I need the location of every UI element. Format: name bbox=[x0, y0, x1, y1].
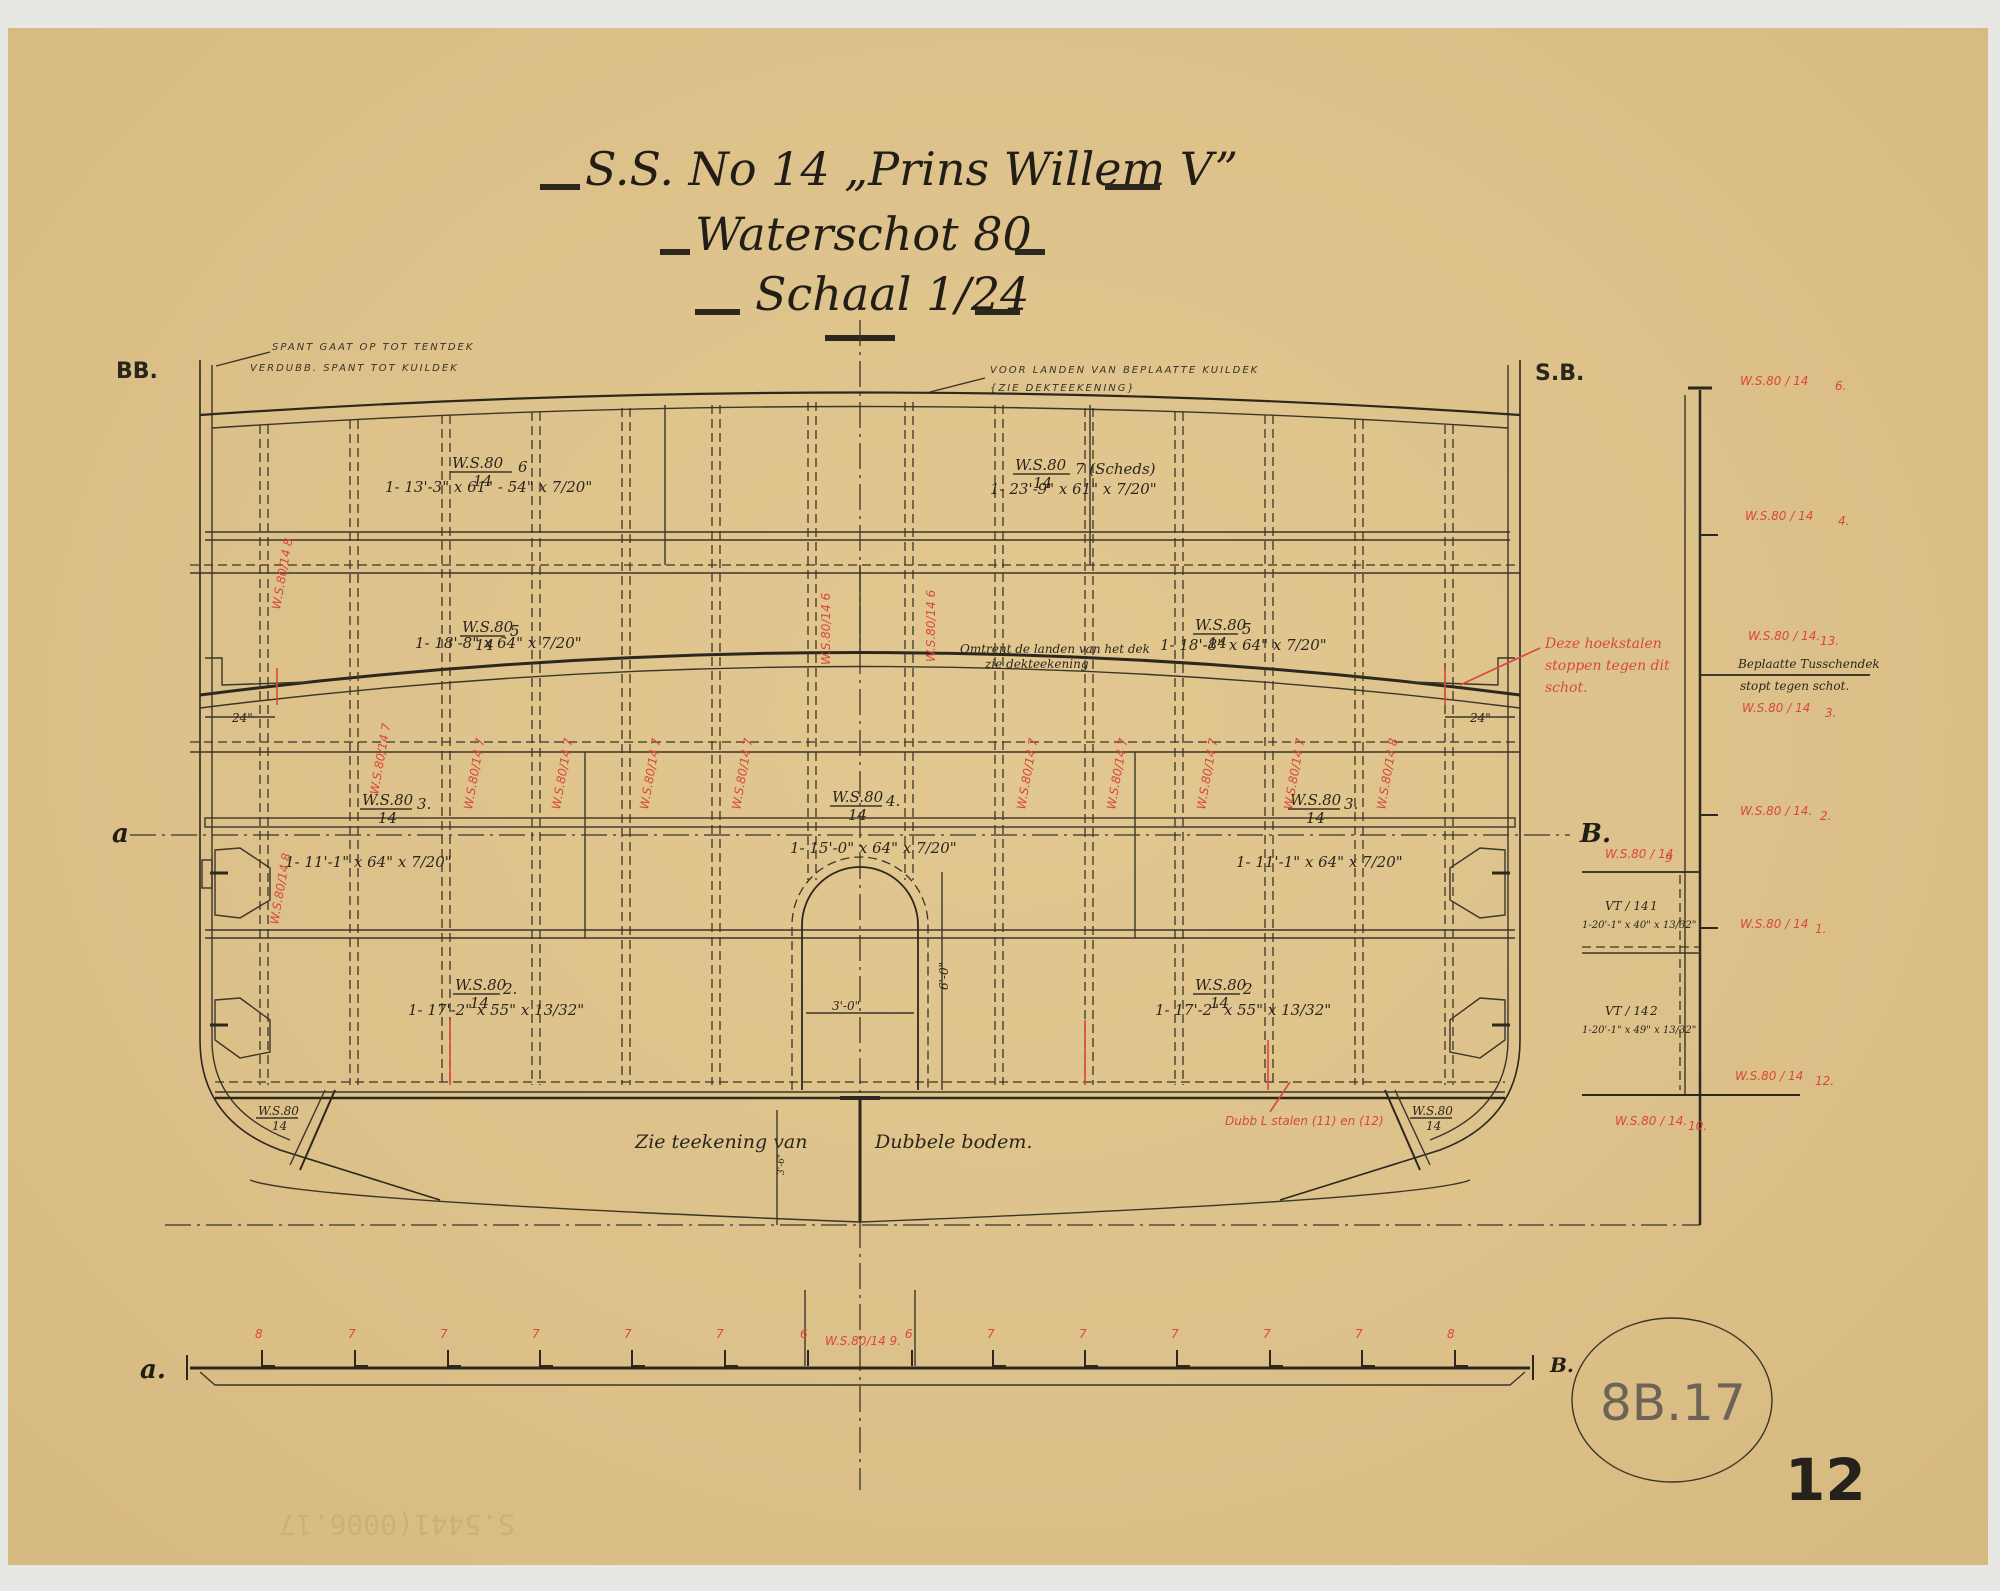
bracket-right-dim: 24" bbox=[1469, 711, 1491, 725]
svg-text:7: 7 bbox=[348, 1327, 356, 1341]
double-angle-note: Dubb L stalen (11) en (12) bbox=[1225, 1114, 1384, 1128]
svg-text:W.S.80/14 8: W.S.80/14 8 bbox=[267, 852, 293, 926]
svg-text:W.S.80/14 7: W.S.80/14 7 bbox=[1194, 737, 1220, 811]
svg-text:12.: 12. bbox=[1815, 1074, 1834, 1088]
svg-text:1-20'-1" x 40" x 13/32": 1-20'-1" x 40" x 13/32" bbox=[1582, 920, 1696, 931]
svg-text:7: 7 bbox=[532, 1327, 540, 1341]
svg-text:W.S.80 / 14.: W.S.80 / 14. bbox=[1615, 1114, 1687, 1128]
svg-text:W.S.80/14 7: W.S.80/14 7 bbox=[729, 737, 755, 811]
svg-text:6: 6 bbox=[518, 458, 528, 476]
svg-text:14: 14 bbox=[272, 1119, 287, 1133]
svg-text:2: 2 bbox=[1242, 980, 1253, 998]
section-b-label: B. bbox=[1579, 819, 1611, 849]
bracket-left-dim: 24" bbox=[231, 711, 253, 725]
double-bottom-height-dim: 3'-6" bbox=[777, 1154, 787, 1175]
landing-note-1: Omtrent de landen van het dek bbox=[960, 642, 1150, 656]
frame-note-1: SPANT GAAT OP TOT TENTDEK bbox=[272, 342, 474, 353]
section-b-lower-label: B. bbox=[1549, 1353, 1574, 1377]
landing-note-2: zie dekteekening bbox=[984, 657, 1089, 671]
svg-text:7: 7 bbox=[716, 1327, 724, 1341]
svg-text:W.S.80/14 7: W.S.80/14 7 bbox=[367, 722, 393, 796]
svg-text:W.S.80: W.S.80 bbox=[1195, 976, 1247, 994]
title-bulkhead: Waterschot 80 bbox=[695, 207, 1032, 261]
svg-text:4.: 4. bbox=[1838, 514, 1849, 528]
deck-note-2: {ZIE DEKTEEKENING} bbox=[990, 383, 1136, 394]
svg-text:3.: 3. bbox=[417, 795, 431, 813]
svg-text:3.: 3. bbox=[1344, 795, 1358, 813]
title-block: S.S. No 14 „Prins Willem V” Waterschot 8… bbox=[540, 142, 1238, 338]
svg-text:W.S.80/14 7: W.S.80/14 7 bbox=[1014, 737, 1040, 811]
plate-spec: 1- 11'-1" x 64" x 7/20" bbox=[1236, 853, 1403, 871]
svg-text:W.S.80 / 14.: W.S.80 / 14. bbox=[1748, 629, 1820, 643]
svg-text:W.S.80/14 7: W.S.80/14 7 bbox=[1104, 737, 1130, 811]
svg-text:W.S.80: W.S.80 bbox=[452, 454, 504, 472]
svg-text:W.S.80: W.S.80 bbox=[1412, 1104, 1453, 1118]
starboard-side-label: S.B. bbox=[1535, 361, 1584, 386]
svg-text:VT / 14: VT / 14 bbox=[1605, 1004, 1649, 1018]
plate-spec: 1- 17'-2" x 55" x 13/32" bbox=[408, 1001, 584, 1019]
plate-spec: 1- 18'-8" x 64" x 7/20" bbox=[1160, 636, 1327, 654]
svg-text:W.S.80/14 6: W.S.80/14 6 bbox=[924, 589, 938, 662]
frame-note-2: VERDUBB. SPANT TOT KUILDEK bbox=[250, 363, 459, 374]
svg-text:W.S.80: W.S.80 bbox=[1015, 456, 1067, 474]
bleed-through-stamp: S.5441(0006.17 bbox=[279, 1508, 515, 1541]
svg-text:W.S.80/14 9.: W.S.80/14 9. bbox=[825, 1334, 901, 1348]
plate-spec: 1- 18'-8" x 64" x 7/20" bbox=[415, 634, 582, 652]
svg-text:W.S.80/14 7: W.S.80/14 7 bbox=[637, 737, 663, 811]
svg-text:7: 7 bbox=[1171, 1327, 1179, 1341]
plate-spec: 1- 23'-9" x 61" x 7/20" bbox=[990, 480, 1157, 498]
door-width-dim: 3'-0" bbox=[832, 999, 860, 1013]
side-section-view: W.S.80 / 14 6. W.S.80 / 14 4. W.S.80 / 1… bbox=[1582, 374, 1880, 1225]
bulkhead-drawing: S.S. No 14 „Prins Willem V” Waterschot 8… bbox=[8, 28, 1988, 1565]
plate-spec: 1- 15'-0" x 64" x 7/20" bbox=[790, 839, 957, 857]
svg-text:7 (Scheds): 7 (Scheds) bbox=[1075, 460, 1156, 478]
svg-text:W.S.80: W.S.80 bbox=[832, 788, 884, 806]
svg-text:14: 14 bbox=[378, 809, 397, 827]
svg-text:7: 7 bbox=[1355, 1327, 1363, 1341]
svg-text:7: 7 bbox=[1263, 1327, 1271, 1341]
svg-text:14: 14 bbox=[1306, 809, 1325, 827]
svg-text:W.S.80: W.S.80 bbox=[258, 1104, 299, 1118]
section-a-lower-label: a. bbox=[140, 1355, 166, 1385]
svg-text:W.S.80 / 14.: W.S.80 / 14. bbox=[1740, 804, 1812, 818]
svg-text:6: 6 bbox=[800, 1327, 808, 1341]
sheet-number: 12 bbox=[1785, 1446, 1866, 1514]
bottom-note-1: Zie teekening van bbox=[634, 1131, 808, 1153]
svg-text:W.S.80: W.S.80 bbox=[455, 976, 507, 994]
svg-text:3.: 3. bbox=[1825, 706, 1836, 720]
svg-text:8: 8 bbox=[1447, 1327, 1455, 1341]
svg-text:2.: 2. bbox=[1820, 809, 1831, 823]
drawing-sheet: S.S. No 14 „Prins Willem V” Waterschot 8… bbox=[8, 28, 1988, 1565]
plate-labels: W.S.80 14 6 1- 13'-3" x 61" - 54" x 7/20… bbox=[256, 454, 1453, 1133]
svg-text:13.: 13. bbox=[1820, 634, 1839, 648]
svg-text:W.S.80 / 14: W.S.80 / 14 bbox=[1740, 374, 1808, 388]
corner-bar-note: Deze hoekstalen stoppen tegen dit schot. bbox=[1460, 636, 1670, 696]
svg-text:Deze hoekstalen: Deze hoekstalen bbox=[1544, 636, 1662, 652]
svg-text:1-20'-1" x 49" x 13/32": 1-20'-1" x 49" x 13/32" bbox=[1582, 1025, 1696, 1036]
door-opening: 3'-0" 6'-0" bbox=[792, 857, 951, 1090]
svg-text:W.S.80 / 14: W.S.80 / 14 bbox=[1735, 1069, 1803, 1083]
section-a-label: a bbox=[112, 819, 129, 849]
plate-spec: 1- 17'-2" x 55" x 13/32" bbox=[1155, 1001, 1331, 1019]
svg-text:7: 7 bbox=[1079, 1327, 1087, 1341]
svg-text:W.S.80/14 8: W.S.80/14 8 bbox=[1374, 737, 1400, 811]
svg-text:W.S.80/14 6: W.S.80/14 6 bbox=[819, 592, 833, 665]
svg-text:W.S.80 / 14: W.S.80 / 14 bbox=[1740, 917, 1808, 931]
deck-note-1: VOOR LANDEN VAN BEPLAATTE KUILDEK bbox=[990, 365, 1259, 376]
svg-text:stoppen tegen dit: stoppen tegen dit bbox=[1545, 658, 1670, 674]
svg-text:14: 14 bbox=[1426, 1119, 1441, 1133]
section-a-b-plan: 8 7 7 7 7 7 6 W.S.80/14 9. 6 7 7 7 7 7 8… bbox=[140, 1290, 1574, 1385]
svg-text:10.: 10. bbox=[1688, 1119, 1707, 1133]
svg-text:9: 9 bbox=[1665, 851, 1673, 865]
svg-text:VT / 14: VT / 14 bbox=[1605, 899, 1649, 913]
svg-text:8: 8 bbox=[255, 1327, 263, 1341]
deck-stop-note-2: stopt tegen schot. bbox=[1740, 679, 1849, 693]
svg-text:6: 6 bbox=[905, 1327, 913, 1341]
plate-spec: 1- 11'-1" x 64" x 7/20" bbox=[285, 853, 452, 871]
svg-text:7: 7 bbox=[624, 1327, 632, 1341]
port-side-label: BB. bbox=[116, 359, 158, 384]
svg-text:6.: 6. bbox=[1835, 379, 1846, 393]
svg-text:W.S.80 / 14: W.S.80 / 14 bbox=[1605, 847, 1673, 861]
bottom-note-2: Dubbele bodem. bbox=[874, 1131, 1032, 1153]
svg-text:schot.: schot. bbox=[1545, 680, 1588, 696]
svg-text:2.: 2. bbox=[502, 980, 517, 998]
door-height-dim: 6'-0" bbox=[937, 962, 951, 990]
plate-spec: 1- 13'-3" x 61" - 54" x 7/20" bbox=[385, 478, 592, 496]
deck-stop-note-1: Beplaatte Tusschendek bbox=[1737, 657, 1880, 671]
svg-text:7: 7 bbox=[440, 1327, 448, 1341]
svg-text:4.: 4. bbox=[885, 792, 900, 810]
svg-text:W.S.80/14 7: W.S.80/14 7 bbox=[549, 737, 575, 811]
svg-text:W.S.80 / 14: W.S.80 / 14 bbox=[1745, 509, 1813, 523]
svg-text:W.S.80 / 14: W.S.80 / 14 bbox=[1742, 701, 1810, 715]
svg-text:1: 1 bbox=[1650, 899, 1658, 913]
vertical-stiffeners bbox=[260, 402, 1453, 1085]
svg-text:W.S.80: W.S.80 bbox=[1195, 616, 1247, 634]
svg-text:2: 2 bbox=[1649, 1004, 1658, 1018]
svg-text:7: 7 bbox=[987, 1327, 995, 1341]
svg-text:1.: 1. bbox=[1815, 922, 1826, 936]
red-annotations bbox=[277, 668, 1445, 1090]
svg-text:14: 14 bbox=[848, 806, 867, 824]
archive-mark: 8B.17 bbox=[1600, 1374, 1746, 1432]
svg-text:W.S.80/14 7: W.S.80/14 7 bbox=[461, 737, 487, 811]
